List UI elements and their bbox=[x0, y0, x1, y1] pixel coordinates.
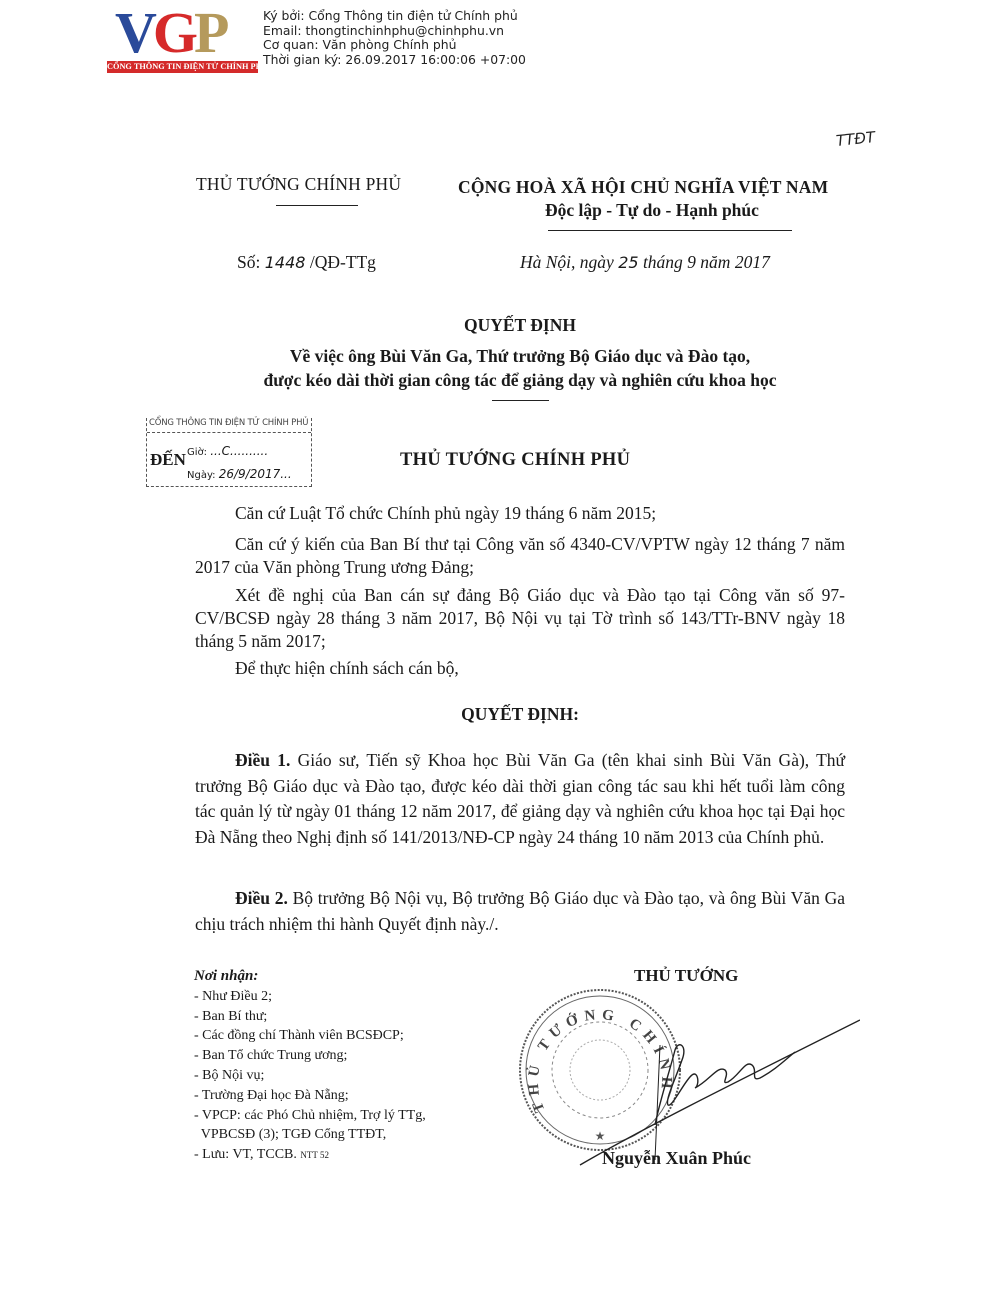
preamble-item: Để thực hiện chính sách cán bộ, bbox=[195, 657, 845, 680]
stamp-header: CỔNG THÔNG TIN ĐIỆN TỬ CHÍNH PHỦ bbox=[149, 418, 308, 428]
recipient-item: - Như Điều 2; bbox=[194, 987, 426, 1007]
motto-divider bbox=[548, 230, 792, 231]
stamp-label: ĐẾN bbox=[150, 450, 186, 470]
document-number: Số: 1448 /QĐ-TTg bbox=[237, 252, 376, 273]
document-type: QUYẾT ĐỊNH bbox=[0, 315, 1000, 336]
stamp-date: Ngày: 26/9/2017... bbox=[187, 467, 292, 481]
article-text: Giáo sư, Tiến sỹ Khoa học Bùi Văn Ga (tê… bbox=[195, 750, 845, 847]
received-stamp: CỔNG THÔNG TIN ĐIỆN TỬ CHÍNH PHỦ ĐẾN Giờ… bbox=[146, 418, 312, 487]
recipient-item: - VPCP: các Phó Chủ nhiệm, Trợ lý TTg, bbox=[194, 1106, 426, 1126]
preamble-item: Căn cứ Luật Tổ chức Chính phủ ngày 19 th… bbox=[195, 502, 845, 525]
signatory-name: Nguyễn Xuân Phúc bbox=[602, 1148, 751, 1169]
vgp-logo-letters: VGP bbox=[115, 7, 225, 59]
signatory-title: THỦ TƯỚNG bbox=[634, 966, 738, 986]
subject-divider bbox=[492, 400, 549, 401]
signed-by: Ký bởi: Cổng Thông tin điện tử Chính phủ bbox=[263, 9, 526, 24]
stamp-time: Giờ: ...C.......... bbox=[187, 444, 268, 458]
archive-note: NTT 52 bbox=[300, 1150, 329, 1160]
article-label: Điều 1. bbox=[235, 750, 290, 770]
national-motto: Độc lập - Tự do - Hạnh phúc bbox=[545, 200, 759, 221]
signed-time: Thời gian ký: 26.09.2017 16:00:06 +07:00 bbox=[263, 53, 526, 68]
preamble-item: Căn cứ ý kiến của Ban Bí thư tại Công vă… bbox=[195, 533, 845, 579]
preamble-item: Xét đề nghị của Ban cán sự đảng Bộ Giáo … bbox=[195, 584, 845, 653]
recipient-item-archive: - Lưu: VT, TCCB. NTT 52 bbox=[194, 1145, 426, 1166]
document-subject: Về việc ông Bùi Văn Ga, Thứ trưởng Bộ Gi… bbox=[0, 344, 1000, 392]
recipient-item: - Bộ Nội vụ; bbox=[194, 1066, 426, 1086]
signer-agency: Cơ quan: Văn phòng Chính phủ bbox=[263, 38, 526, 53]
article-label: Điều 2. bbox=[235, 888, 288, 908]
article-1: Điều 1. Giáo sư, Tiến sỹ Khoa học Bùi Vă… bbox=[195, 748, 845, 850]
issuer-name: THỦ TƯỚNG CHÍNH PHỦ bbox=[196, 174, 401, 195]
authority-heading: THỦ TƯỚNG CHÍNH PHỦ bbox=[400, 450, 630, 471]
recipients-list: Nơi nhận: - Như Điều 2; - Ban Bí thư; - … bbox=[194, 967, 426, 1166]
recipient-item: - Ban Tổ chức Trung ương; bbox=[194, 1046, 426, 1066]
recipients-heading: Nơi nhận: bbox=[194, 967, 426, 987]
recipient-item: - Ban Bí thư; bbox=[194, 1007, 426, 1027]
vgp-logo: VGP CỔNG THÔNG TIN ĐIỆN TỬ CHÍNH PHỦ bbox=[107, 7, 258, 73]
handwritten-signature-icon bbox=[560, 990, 860, 1170]
recipient-item: - Các đồng chí Thành viên BCSĐCP; bbox=[194, 1026, 426, 1046]
handwritten-day: 25 bbox=[618, 253, 638, 272]
vgp-logo-banner: CỔNG THÔNG TIN ĐIỆN TỬ CHÍNH PHỦ bbox=[107, 61, 258, 73]
nation-name: CỘNG HOÀ XÃ HỘI CHỦ NGHĨA VIỆT NAM bbox=[458, 177, 828, 198]
handwritten-number: 1448 bbox=[265, 253, 306, 272]
digital-signature-info: Ký bởi: Cổng Thông tin điện tử Chính phủ… bbox=[263, 9, 526, 67]
recipient-item: - Trường Đại học Đà Nẵng; bbox=[194, 1086, 426, 1106]
recipient-item: VPBCSĐ (3); TGĐ Cổng TTĐT, bbox=[194, 1125, 426, 1145]
issuer-divider bbox=[276, 205, 358, 206]
decision-heading: QUYẾT ĐỊNH: bbox=[0, 704, 1000, 725]
signer-email: Email: thongtinchinhphu@chinhphu.vn bbox=[263, 24, 526, 39]
article-2: Điều 2. Bộ trưởng Bộ Nội vụ, Bộ trưởng B… bbox=[195, 886, 845, 937]
handwritten-mark: TTĐT bbox=[835, 128, 876, 150]
article-text: Bộ trưởng Bộ Nội vụ, Bộ trưởng Bộ Giáo d… bbox=[195, 888, 845, 934]
place-date: Hà Nội, ngày 25 tháng 9 năm 2017 bbox=[520, 252, 770, 273]
